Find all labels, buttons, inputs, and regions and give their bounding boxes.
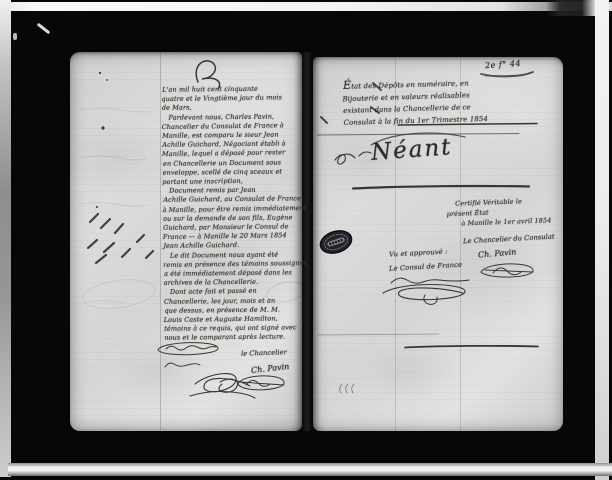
statement-header: État des Dépôts en numéraire, enBijouter… <box>342 74 548 129</box>
handwritten-line: à Manille, pour être remis immédiatement <box>162 204 304 215</box>
film-edge-top <box>0 2 612 11</box>
left-page-margin-rule <box>160 52 161 431</box>
ghost-stamp-oval <box>80 275 157 313</box>
handwritten-line: a été immédiatement déposé dans les <box>164 268 306 279</box>
microfilm-scan: L'an mil huit cent cinquantequatre et le… <box>0 0 612 480</box>
signature-pavin-left-page: Ch. Pavin <box>251 362 290 375</box>
folio-number: 2e f° 44 <box>485 59 522 70</box>
handwritten-line: nous et le comparant après lecture. <box>164 333 306 344</box>
handwritten-line: en Chancellerie un Document sous <box>163 158 305 169</box>
film-edge-right <box>595 0 609 480</box>
approval-block: Vu et approuvé :Le Consul de France <box>388 243 489 275</box>
chancelier-label: le Chancelier <box>241 348 287 358</box>
film-scratch-dot <box>13 33 17 40</box>
handwritten-line: Chancelier du Consulat de France à <box>162 121 304 132</box>
right-page: 2e f° 44 État des Dépôts en numéraire, e… <box>313 57 563 431</box>
left-page: L'an mil huit cent cinquantequatre et le… <box>70 52 302 431</box>
neant-word: Néant <box>370 134 453 166</box>
certification-block: Certifié Véritable leprésent Étatà Manil… <box>447 195 560 229</box>
film-edge-top-notch <box>546 0 596 16</box>
film-scratch-mark <box>37 23 51 35</box>
archive-stamp-icon <box>318 227 355 257</box>
film-edge-left <box>0 0 11 477</box>
film-edge-bottom <box>8 463 612 476</box>
left-page-text: L'an mil huit cent cinquantequatre et le… <box>162 84 307 343</box>
